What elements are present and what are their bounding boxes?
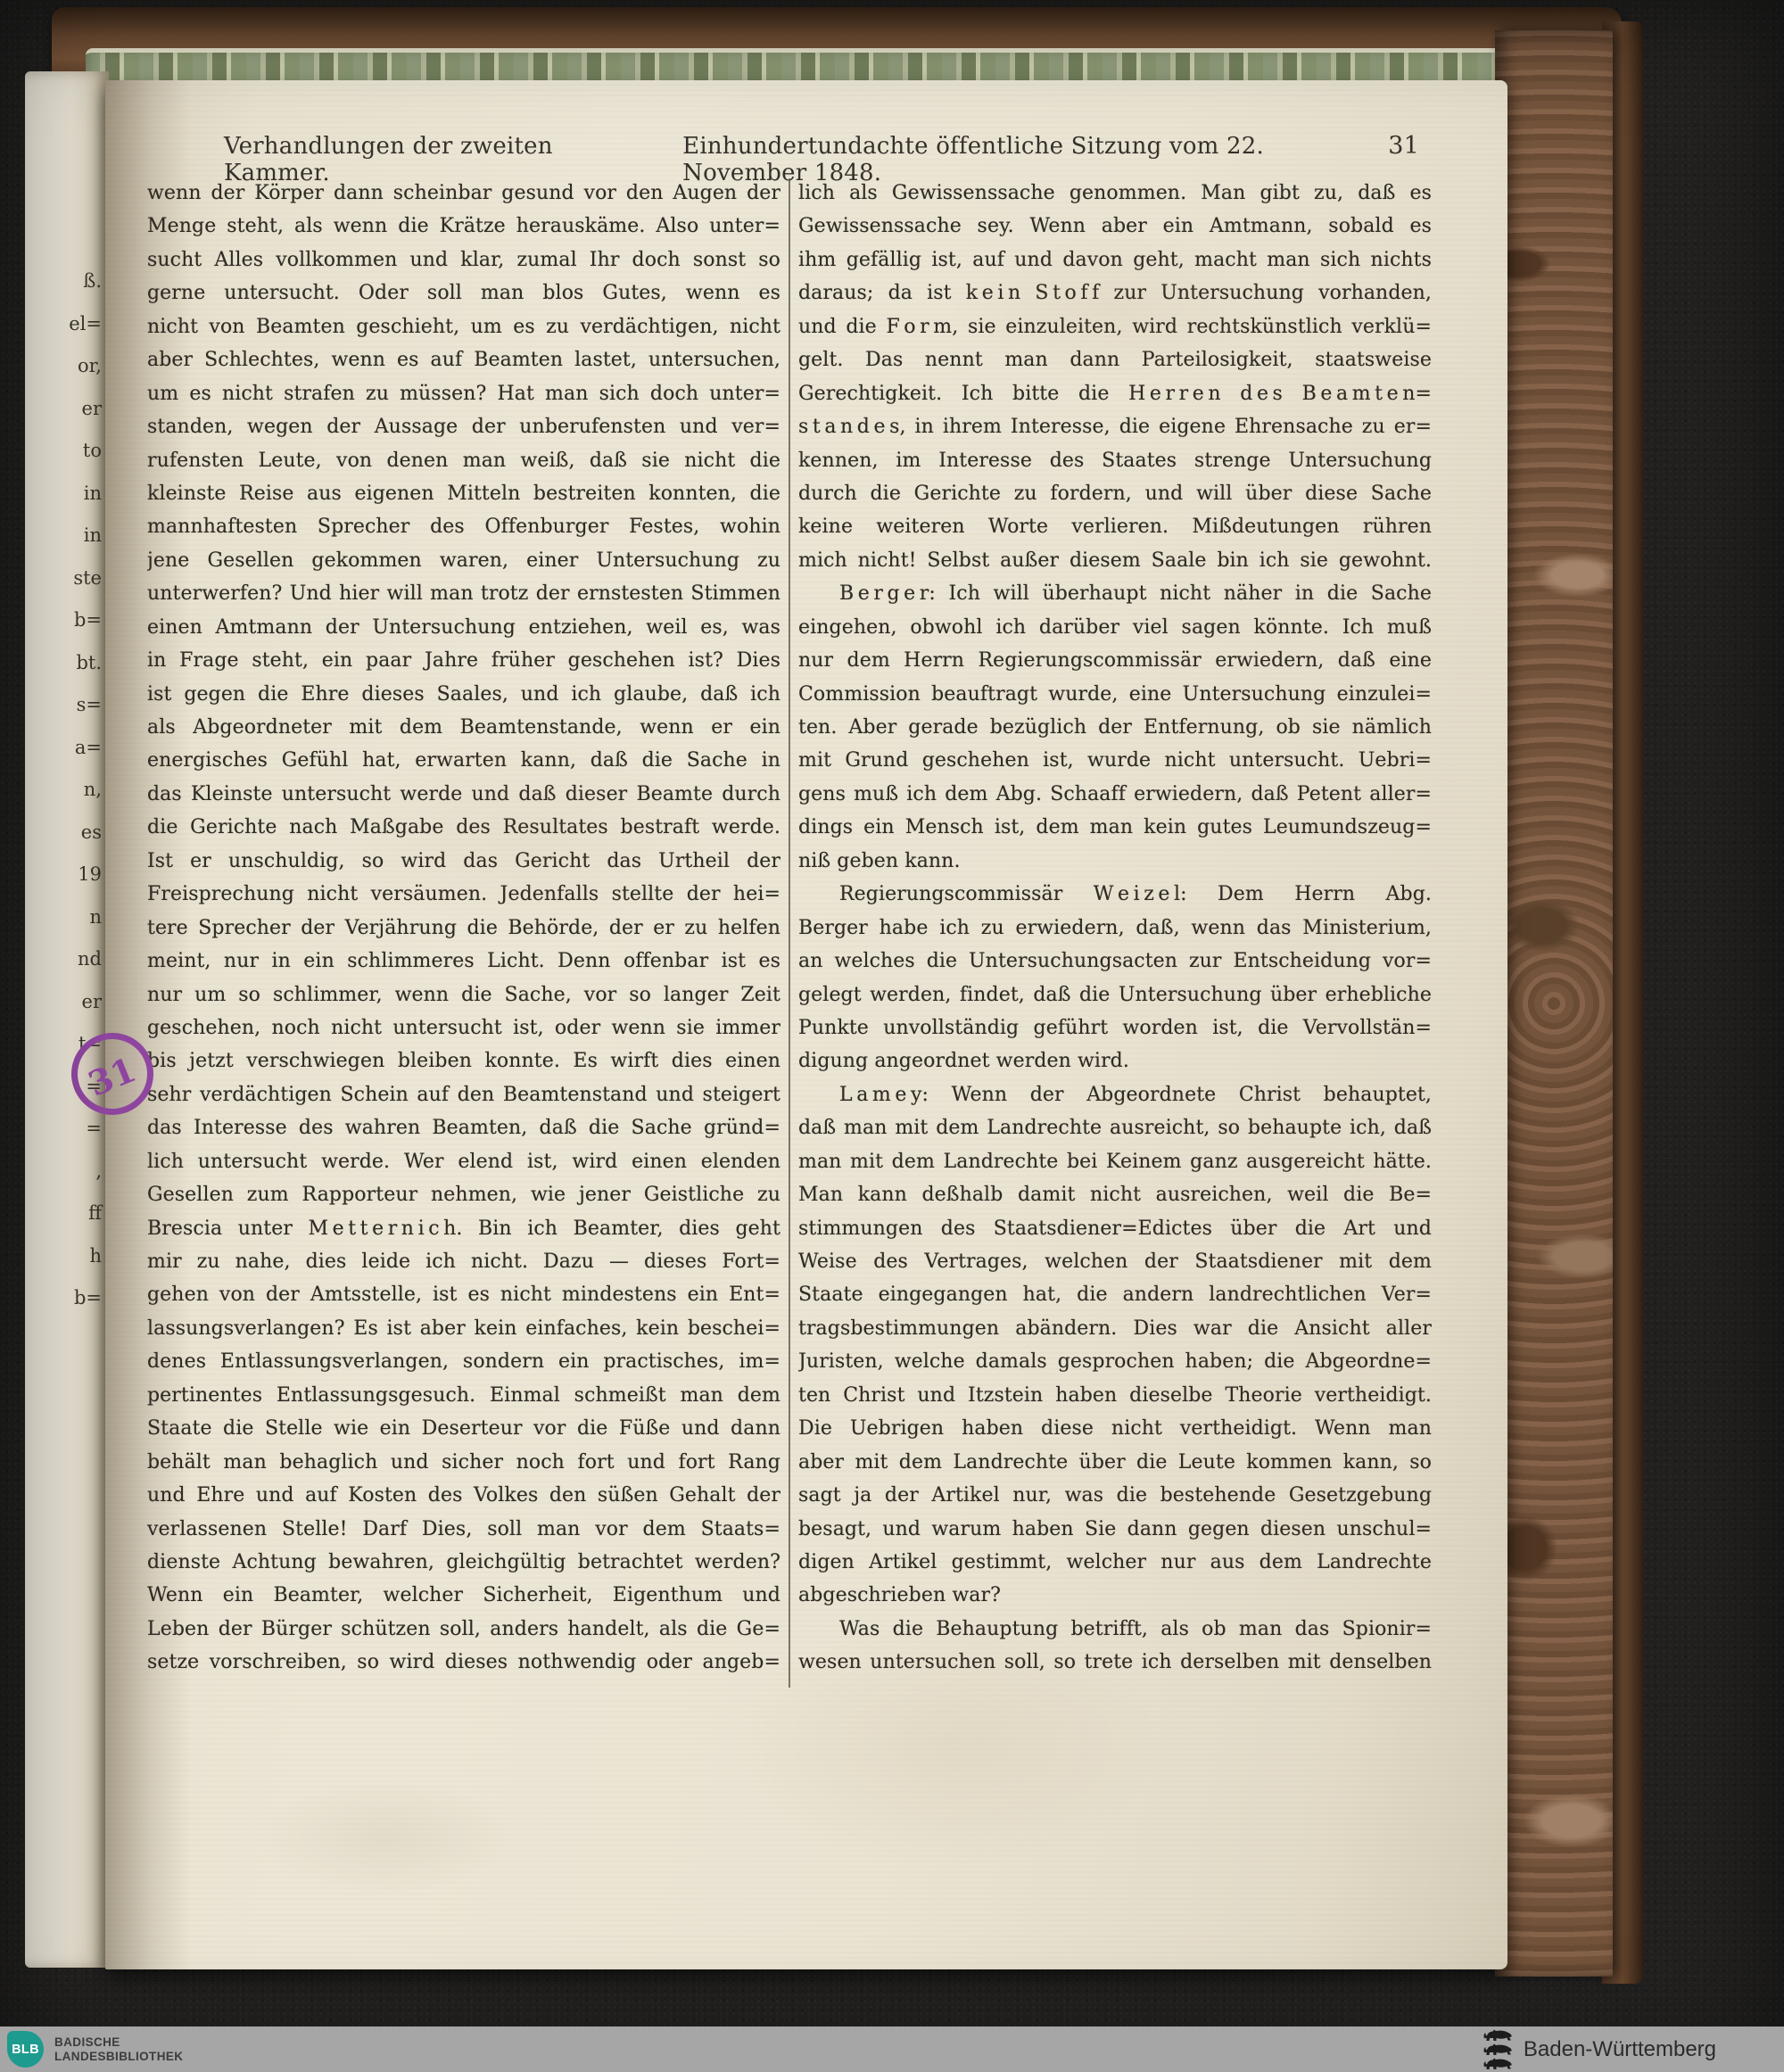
text-line: Juristen, welche damals gesprochen haben… (798, 1345, 1432, 1378)
text-line: gens muß ich dem Abg. Schaaff erwiedern,… (798, 778, 1432, 811)
margin-fragment: n, (84, 769, 102, 812)
margin-fragment: er (82, 388, 102, 431)
text-line: nur dem Herrn Regierungscommissär erwied… (798, 644, 1432, 677)
text-line: behält man behaglich und sicher noch for… (147, 1446, 780, 1479)
margin-fragment: s= (77, 684, 102, 727)
text-line: ist gegen die Ehre dieses Saales, und ic… (147, 678, 780, 711)
text-line: Leben der Bürger schützen soll, anders h… (147, 1613, 780, 1646)
text-line: gelegt werden, findet, daß die Untersuch… (798, 978, 1432, 1011)
text-line: man mit dem Landrechte bei Keinem ganz a… (798, 1145, 1432, 1178)
text-line: unterwerfen? Und hier will man trotz der… (147, 577, 780, 610)
previous-page-text-fragments: ß.el=or,ertoininsteb=bt.s=a=n,es19nndert… (25, 260, 102, 1320)
blb-logo-text: BLB (12, 2043, 39, 2057)
state-name: Baden-Württemberg (1524, 2037, 1716, 2062)
text-line: s t a n d e s, in ihrem Interesse, die e… (798, 410, 1432, 443)
column-divider-rule (789, 178, 790, 1688)
text-line: einen Amtmann der Untersuchung entziehen… (147, 611, 780, 644)
text-line: aber mit dem Landrechte über die Leute k… (798, 1446, 1432, 1479)
text-line: Staate die Stelle wie ein Deserteur vor … (147, 1412, 780, 1445)
margin-fragment: ff (88, 1193, 102, 1235)
text-line: denes Entlassungsverlangen, sondern ein … (147, 1345, 780, 1378)
text-line: eingehen, obwohl ich darüber viel sagen … (798, 611, 1432, 644)
text-line: Man kann deßhalb damit nicht ausreichen,… (798, 1178, 1432, 1211)
text-line: kleinste Reise aus eigenen Mitteln bestr… (147, 477, 780, 510)
text-line: an welches die Untersuchungsacten zur En… (798, 945, 1432, 978)
text-line: und die F o r m, sie einzuleiten, wird r… (798, 310, 1432, 343)
text-line: jene Gesellen gekommen waren, einer Unte… (147, 544, 780, 577)
text-line: die Gerichte nach Maßgabe des Resultates… (147, 811, 780, 844)
margin-fragment: nd (78, 938, 102, 981)
text-line: keine weiteren Worte verlieren. Mißdeutu… (798, 510, 1432, 543)
text-line: als Abgeordneter mit dem Beamtenstande, … (147, 711, 780, 744)
library-name-line2: LANDESBIBLIOTHEK (54, 2050, 183, 2064)
text-line: nicht von Beamten geschieht, um es zu ve… (147, 310, 780, 343)
text-line: digung angeordnet werden wird. (798, 1044, 1432, 1077)
text-line: kennen, im Interesse des Staates strenge… (798, 444, 1432, 477)
text-line: mich nicht! Selbst außer diesem Saale bi… (798, 544, 1432, 577)
stamp-number: 31 (82, 1049, 141, 1104)
text-line: wesen untersuchen soll, so trete ich der… (798, 1646, 1432, 1679)
margin-fragment: in (84, 515, 102, 557)
text-line: energisches Gefühl hat, erwarten kann, d… (147, 744, 780, 777)
margin-fragment: ß. (83, 260, 102, 303)
text-line: sehr verdächtigen Schein auf den Beamten… (147, 1078, 780, 1111)
text-line: rufensten Leute, von denen man weiß, daß… (147, 444, 780, 477)
blb-logo-icon: BLB (7, 2031, 44, 2068)
margin-fragment: ste (73, 557, 102, 600)
text-line: Gerechtigkeit. Ich bitte die H e r r e n… (798, 377, 1432, 410)
text-line: lich untersucht werde. Wer elend ist, wi… (147, 1145, 780, 1178)
text-line: Menge steht, als wenn die Krätze herausk… (147, 210, 780, 243)
text-line: durch die Gerichte zu fordern, und will … (798, 477, 1432, 510)
text-line: stimmungen des Staatsdiener=Edictes über… (798, 1212, 1432, 1245)
text-line: nur um so schlimmer, wenn die Sache, vor… (147, 978, 780, 1011)
margin-fragment: es (81, 812, 102, 854)
text-line: Gewissenssache sey. Wenn aber ein Amtman… (798, 210, 1432, 243)
margin-fragment: b= (74, 1277, 102, 1320)
text-line: Brescia unter M e t t e r n i c h. Bin i… (147, 1212, 780, 1245)
text-line: Was die Behauptung betrifft, als ob man … (798, 1613, 1432, 1646)
margin-fragment: = (86, 1108, 102, 1151)
text-line: abgeschrieben war? (798, 1579, 1432, 1612)
text-line: sagt ja der Artikel nur, was die bestehe… (798, 1479, 1432, 1512)
text-line: ihm gefällig ist, auf und davon geht, ma… (798, 244, 1432, 277)
scanned-book-page: Verhandlungen der zweiten Kammer. Einhun… (105, 80, 1507, 1969)
text-line: gelt. Das nennt man dann Parteilosigkeit… (798, 343, 1432, 376)
margin-fragment: to (83, 430, 102, 473)
right-text-column: lich als Gewissenssache genommen. Man gi… (798, 177, 1432, 1688)
text-line: tragsbestimmungen abändern. Dies war die… (798, 1312, 1432, 1345)
text-line: meint, nur in ein schlimmeres Licht. Den… (147, 945, 780, 978)
text-line: dings ein Mensch ist, dem man kein gutes… (798, 811, 1432, 844)
text-line: wenn der Körper dann scheinbar gesund vo… (147, 177, 780, 210)
margin-fragment: el= (69, 303, 102, 346)
text-line: Freisprechung nicht versäumen. Jedenfall… (147, 878, 780, 911)
margin-fragment: bt. (76, 642, 102, 685)
text-line: mit Grund geschehen ist, wurde nicht unt… (798, 744, 1432, 777)
text-line: B e r g e r: Ich will überhaupt nicht nä… (798, 577, 1432, 610)
text-line: um es nicht strafen zu müssen? Hat man s… (147, 377, 780, 410)
text-line: niß geben kann. (798, 845, 1432, 878)
text-line: ten. Aber gerade bezüglich der Entfernun… (798, 711, 1432, 744)
text-line: geschehen, noch nicht untersucht ist, od… (147, 1011, 780, 1044)
text-line: Staate eingegangen hat, die andern landr… (798, 1278, 1432, 1311)
text-line: Commission beauftragt wurde, eine Unters… (798, 678, 1432, 711)
text-line: daraus; da ist k e i n S t o f f zur Unt… (798, 277, 1432, 310)
text-line: tere Sprecher der Verjährung die Behörde… (147, 912, 780, 945)
text-line: lich als Gewissenssache genommen. Man gi… (798, 177, 1432, 210)
margin-fragment: a= (75, 727, 102, 770)
text-line: Punkte unvollständig geführt worden ist,… (798, 1011, 1432, 1044)
text-line: ten Christ und Itzstein haben dieselbe T… (798, 1379, 1432, 1412)
baden-wuerttemberg-crest-icon (1483, 2029, 1513, 2070)
page-number: 31 (1388, 132, 1419, 160)
margin-fragment: n (89, 896, 102, 939)
text-line: Berger habe ich zu erwiedern, daß, wenn … (798, 912, 1432, 945)
previous-page-edge: ß.el=or,ertoininsteb=bt.s=a=n,es19nndert… (25, 71, 109, 1968)
text-line: digen Artikel gestimmt, welcher nur aus … (798, 1546, 1432, 1579)
text-line: gerne untersucht. Oder soll man blos Gut… (147, 277, 780, 310)
text-line: Weise des Vertrages, welchen der Staatsd… (798, 1245, 1432, 1278)
text-line: dienste Achtung bewahren, gleichgültig b… (147, 1546, 780, 1579)
text-line: verlassenen Stelle! Darf Dies, soll man … (147, 1513, 780, 1546)
text-line: Regierungscommissär W e i z e l: Dem Her… (798, 878, 1432, 911)
text-line: gehen von der Amtsstelle, ist es nicht m… (147, 1278, 780, 1311)
text-line: in Frage steht, ein paar Jahre früher ge… (147, 644, 780, 677)
text-line: Wenn ein Beamter, welcher Sicherheit, Ei… (147, 1579, 780, 1612)
state-branding: Baden-Württemberg (1483, 2029, 1716, 2070)
text-line: bis jetzt verschwiegen bleiben konnte. E… (147, 1044, 780, 1077)
left-text-column: wenn der Körper dann scheinbar gesund vo… (147, 177, 780, 1688)
text-line: aber Schlechtes, wenn es auf Beamten las… (147, 343, 780, 376)
text-line: standen, wegen der Aussage der unberufen… (147, 410, 780, 443)
margin-fragment: b= (74, 599, 102, 642)
library-footer-bar: BLB BADISCHE LANDESBIBLIOTHEK Baden-Würt… (0, 2027, 1784, 2072)
text-line: Gesellen zum Rapporteur nehmen, wie jene… (147, 1178, 780, 1211)
text-line: sucht Alles vollkommen und klar, zumal I… (147, 244, 780, 277)
text-line: das Kleinste untersucht werde und daß di… (147, 778, 780, 811)
book-marbled-cover (1495, 30, 1613, 1977)
margin-fragment: er (82, 981, 102, 1024)
text-line: mannhaftesten Sprecher des Offenburger F… (147, 510, 780, 543)
margin-fragment: in (84, 473, 102, 516)
text-line: setze vorschreiben, so wird dieses nothw… (147, 1646, 780, 1679)
text-line: L a m e y: Wenn der Abgeordnete Christ b… (798, 1078, 1432, 1111)
margin-fragment: 19 (78, 854, 102, 896)
text-line: das Interesse des wahren Beamten, daß di… (147, 1111, 780, 1144)
text-line: Ist er unschuldig, so wird das Gericht d… (147, 845, 780, 878)
library-name: BADISCHE LANDESBIBLIOTHEK (54, 2035, 183, 2064)
text-line: mir zu nahe, dies leide ich nicht. Dazu … (147, 1245, 780, 1278)
text-line: pertinentes Entlassungsgesuch. Einmal sc… (147, 1379, 780, 1412)
text-line: daß man mit dem Landrechte ausreicht, so… (798, 1111, 1432, 1144)
text-line: lassungsverlangen? Es ist aber kein einf… (147, 1312, 780, 1345)
margin-fragment: , (95, 1151, 102, 1193)
text-line: Die Uebrigen haben diese nicht vertheidi… (798, 1412, 1432, 1445)
margin-fragment: or, (78, 345, 102, 388)
margin-fragment: h (89, 1235, 102, 1278)
text-line: und Ehre und auf Kosten des Volkes den s… (147, 1479, 780, 1512)
library-name-line1: BADISCHE (54, 2035, 183, 2050)
library-branding: BLB BADISCHE LANDESBIBLIOTHEK (7, 2031, 183, 2068)
text-line: besagt, und warum haben Sie dann gegen d… (798, 1513, 1432, 1546)
text-columns: wenn der Körper dann scheinbar gesund vo… (147, 177, 1435, 1688)
